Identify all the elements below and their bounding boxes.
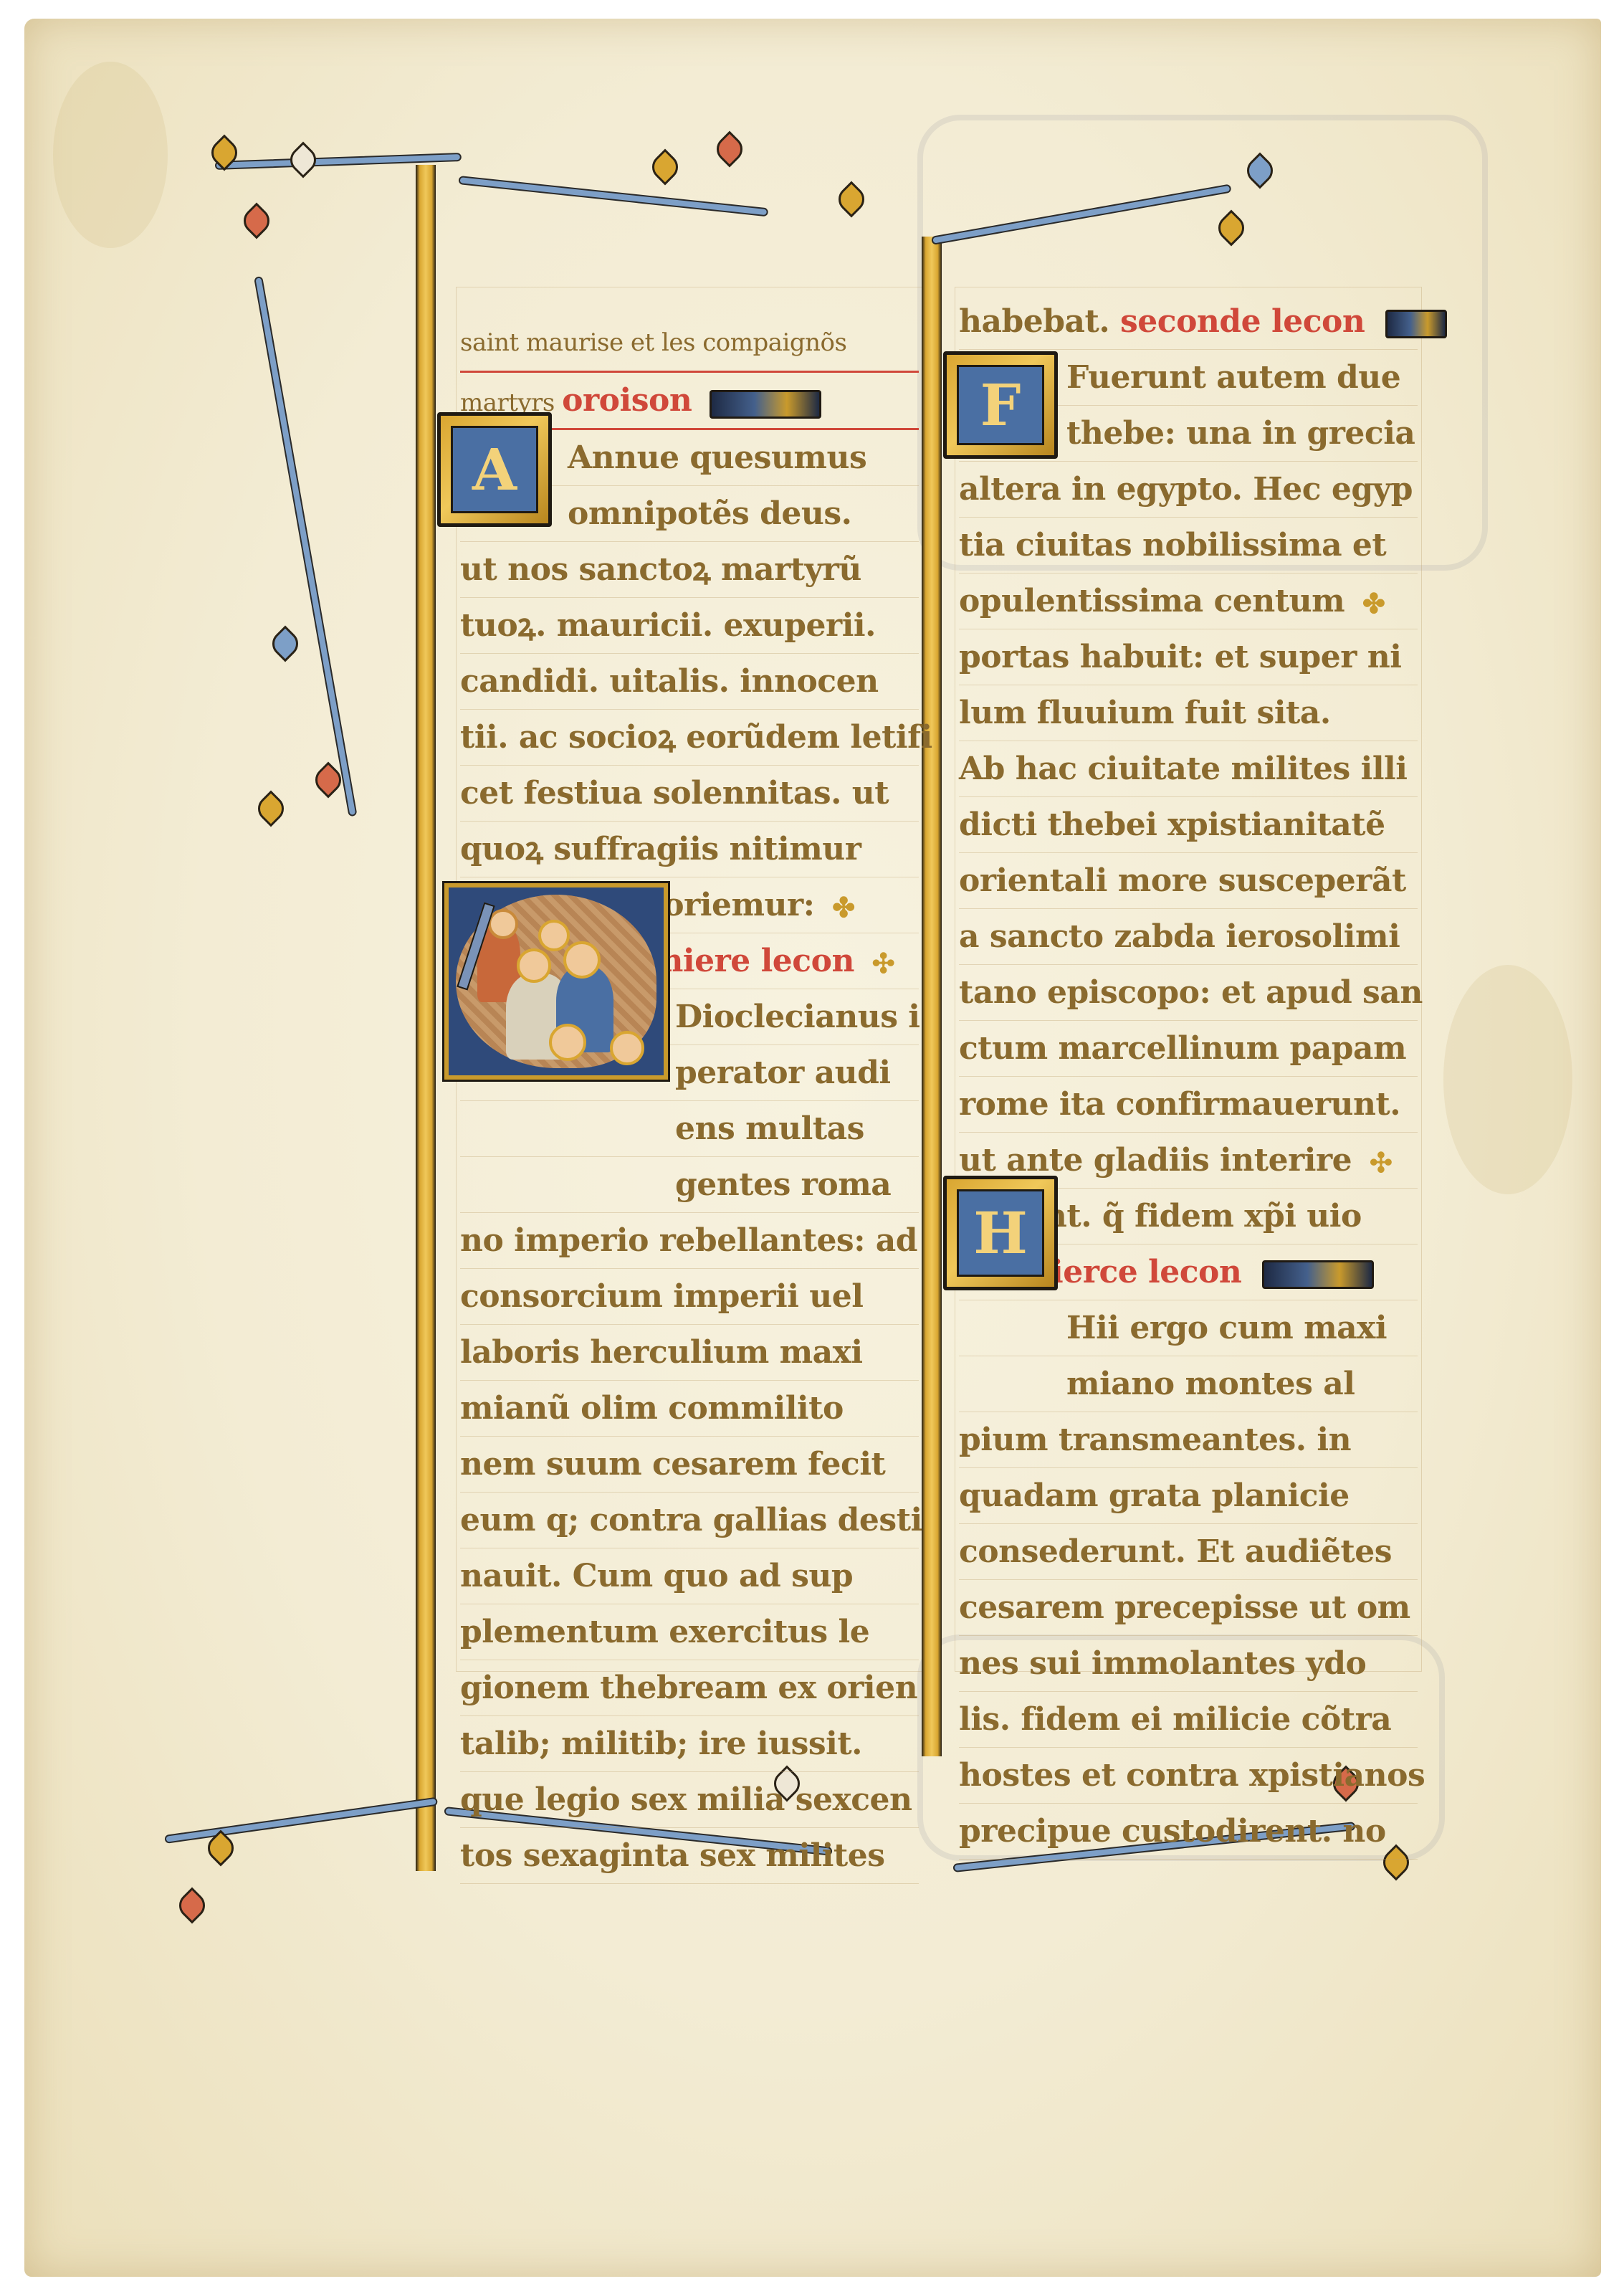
foxing-stain bbox=[53, 62, 168, 248]
heading-rubric-line: saint maurise et les compaignõs bbox=[460, 315, 919, 373]
initial-A-annue: A bbox=[437, 412, 552, 527]
text-line: gionem thebream ex orien bbox=[460, 1660, 919, 1716]
rubric-oroison: oroison bbox=[562, 382, 692, 419]
quatrefoil-icon: ✣ bbox=[1370, 1135, 1392, 1190]
line-filler-ornament bbox=[710, 390, 821, 419]
text-line: lis. fidem ei milicie cõtra bbox=[959, 1692, 1418, 1748]
line-filler-ornament bbox=[1385, 310, 1447, 338]
text-line: plementum exercitus le bbox=[460, 1604, 919, 1660]
haloed-head bbox=[517, 948, 551, 983]
text-line: tuoꝝ. mauricii. exuperii. bbox=[460, 598, 919, 654]
text-line: altera in egypto. Hec egyp bbox=[959, 462, 1418, 518]
text-line: quoꝝ suffragiis nitimur bbox=[460, 822, 919, 877]
text-line: portas habuit: et super ni bbox=[959, 629, 1418, 685]
text-line: nem suum cesarem fecit bbox=[460, 1437, 919, 1493]
text-line: no imperio rebellantes: ad bbox=[460, 1213, 919, 1269]
text-line: miano montes al bbox=[959, 1356, 1418, 1412]
text-line: Hii ergo cum maxi bbox=[959, 1300, 1418, 1356]
text-line: eum q; contra gallias desti bbox=[460, 1493, 919, 1548]
text-line: consederunt. Et audiẽtes bbox=[959, 1524, 1418, 1580]
text-line: consorcium imperii uel bbox=[460, 1269, 919, 1325]
text-line: tano episcopo: et apud san bbox=[959, 965, 1418, 1021]
rubric-seconde-lecon: seconde lecon bbox=[1120, 303, 1365, 340]
text-line: nes sui immolantes ydo bbox=[959, 1636, 1418, 1692]
severed-haloed-head bbox=[549, 1024, 586, 1061]
foxing-stain bbox=[1443, 965, 1572, 1194]
haloed-head bbox=[538, 920, 570, 951]
text-line-content: ut ante gladiis interire bbox=[959, 1142, 1352, 1179]
text-line: Ab hac ciuitate milites illi bbox=[959, 741, 1418, 797]
text-line: cesarem precepisse ut om bbox=[959, 1580, 1418, 1636]
executioner-head bbox=[488, 909, 518, 939]
text-line: tii. ac socioꝝ eorũdem letifi bbox=[460, 710, 919, 766]
text-line: rome ita confirmauerunt. bbox=[959, 1077, 1418, 1133]
text-line: que legio sex milia sexcen bbox=[460, 1772, 919, 1828]
historiated-initial-D-martyrdom bbox=[444, 883, 668, 1080]
text-line: a sancto zabda ierosolimi bbox=[959, 909, 1418, 965]
text-line: ut nos sanctoꝝ martyrũ bbox=[460, 542, 919, 598]
text-line: dicti thebei xpistianitatẽ bbox=[959, 797, 1418, 853]
initial-F-fuerunt: F bbox=[943, 351, 1058, 459]
text-line: hostes et contra xpistianos bbox=[959, 1748, 1418, 1804]
text-line: lum fluuium fuit sita. bbox=[959, 685, 1418, 741]
text-line: talib; militib; ire iussit. bbox=[460, 1716, 919, 1772]
initial-letter: A bbox=[451, 426, 538, 513]
text-line: precipue custodirent. no bbox=[959, 1804, 1418, 1860]
text-line: ens multas bbox=[460, 1101, 919, 1157]
text-line: laboris herculium maxi bbox=[460, 1325, 919, 1381]
text-line-content: habebat. bbox=[959, 303, 1109, 340]
quatrefoil-icon: ✤ bbox=[832, 880, 854, 935]
right-text-column: habebat. seconde lecon Fuerunt autem due… bbox=[959, 294, 1418, 1860]
initial-letter: F bbox=[957, 365, 1044, 445]
text-line: nauit. Cum quo ad sup bbox=[460, 1548, 919, 1604]
quatrefoil-icon: ✤ bbox=[1362, 576, 1385, 631]
text-line: gentes roma bbox=[460, 1157, 919, 1213]
initial-letter: H bbox=[957, 1189, 1044, 1277]
left-bar-border bbox=[416, 165, 436, 1871]
text-line: ctum marcellinum papam bbox=[959, 1021, 1418, 1077]
haloed-head bbox=[563, 941, 601, 979]
text-line-content: opulentissima centum bbox=[959, 583, 1344, 619]
text-line: orientali more susceperãt bbox=[959, 853, 1418, 909]
center-bar-border bbox=[922, 237, 942, 1756]
text-line: candidi. uitalis. innocen bbox=[460, 654, 919, 710]
text-line: tos sexaginta sex milites bbox=[460, 1828, 919, 1884]
left-text-column: saint maurise et les compaignõs martyrs … bbox=[460, 315, 919, 1884]
text-line: cet festiua solennitas. ut bbox=[460, 766, 919, 822]
severed-haloed-head bbox=[610, 1031, 644, 1065]
initial-H-hii: H bbox=[943, 1176, 1058, 1290]
text-line: habebat. seconde lecon bbox=[959, 294, 1418, 350]
quatrefoil-icon: ✣ bbox=[872, 936, 894, 991]
text-line: mianũ olim commilito bbox=[460, 1381, 919, 1437]
text-line: quadam grata planicie bbox=[959, 1468, 1418, 1524]
line-filler-ornament bbox=[1262, 1260, 1374, 1289]
text-line: tia ciuitas nobilissima et bbox=[959, 518, 1418, 573]
rubric-tierce-lecon: tierce lecon bbox=[1037, 1254, 1241, 1290]
text-line: pium transmeantes. in bbox=[959, 1412, 1418, 1468]
text-line: opulentissima centum ✤ bbox=[959, 573, 1418, 629]
